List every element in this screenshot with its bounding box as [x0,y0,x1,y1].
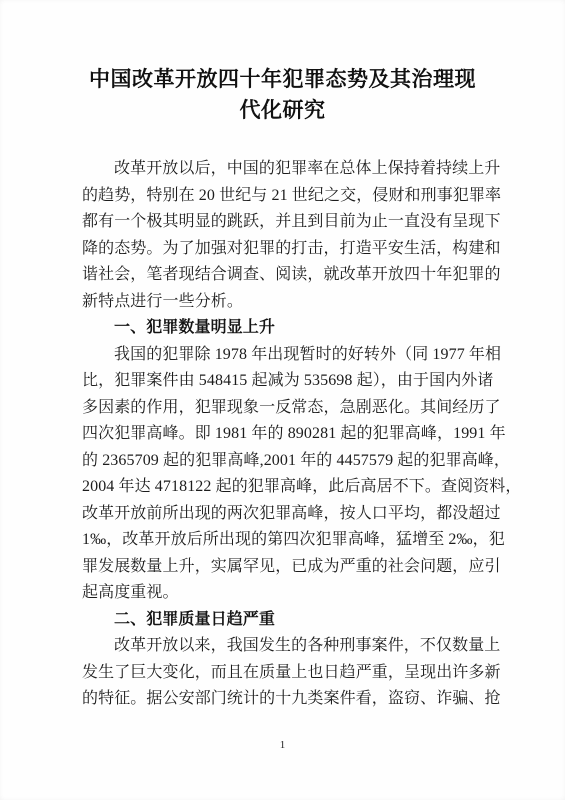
text-line: 四次犯罪高峰。即 1981 年的 890281 起的犯罪高峰，1991 年 [82,421,474,448]
document-title: 中国改革开放四十年犯罪态势及其治理现 代化研究 [0,64,565,126]
text-line: 谐社会，笔者现结合调查、阅读，就改革开放四十年犯罪的 [82,262,474,289]
text-line: 2004 年达 4718122 起的犯罪高峰，此后高居不下。查阅资料， [82,474,474,501]
document-title-line-2: 代化研究 [0,95,565,126]
text-line: 的趋势，特别在 20 世纪与 21 世纪之交，侵财和刑事犯罪率 [82,183,474,210]
text-line: 发生了巨大变化，而且在质量上也日趋严重，呈现出许多新 [82,660,474,687]
text-line: 多因素的作用，犯罪现象一反常态，急剧恶化。其间经历了 [82,395,474,422]
document-body: 改革开放以后，中国的犯罪率在总体上保持着持续上升的趋势，特别在 20 世纪与 2… [82,156,474,713]
text-line: 起高度重视。 [82,580,474,607]
text-line: 改革开放以后，中国的犯罪率在总体上保持着持续上升 [82,156,474,183]
text-line: 的 2365709 起的犯罪高峰,2001 年的 4457579 起的犯罪高峰， [82,448,474,475]
text-line: 1‰，改革开放后所出现的第四次犯罪高峰，猛增至 2‰，犯 [82,527,474,554]
text-line: 改革开放以来，我国发生的各种刑事案件，不仅数量上 [82,633,474,660]
text-line: 都有一个极其明显的跳跃，并且到目前为止一直没有呈现下 [82,209,474,236]
section-heading: 一、犯罪数量明显上升 [82,315,474,342]
text-line: 比，犯罪案件由 548415 起减为 535698 起），由于国内外诸 [82,368,474,395]
text-line: 的特征。据公安部门统计的十九类案件看，盗窃、诈骗、抢 [82,686,474,713]
text-line: 降的态势。为了加强对犯罪的打击，打造平安生活，构建和 [82,236,474,263]
document-page: 中国改革开放四十年犯罪态势及其治理现 代化研究 改革开放以后，中国的犯罪率在总体… [0,0,565,800]
section-heading: 二、犯罪质量日趋严重 [82,607,474,634]
text-line: 我国的犯罪除 1978 年出现暂时的好转外（同 1977 年相 [82,342,474,369]
document-title-line-1: 中国改革开放四十年犯罪态势及其治理现 [0,64,565,95]
text-line: 罪发展数量上升，实属罕见，已成为严重的社会问题，应引 [82,554,474,581]
page-number: 1 [0,739,565,751]
text-line: 新特点进行一些分析。 [82,289,474,316]
text-line: 改革开放前所出现的两次犯罪高峰，按人口平均，都没超过 [82,501,474,528]
